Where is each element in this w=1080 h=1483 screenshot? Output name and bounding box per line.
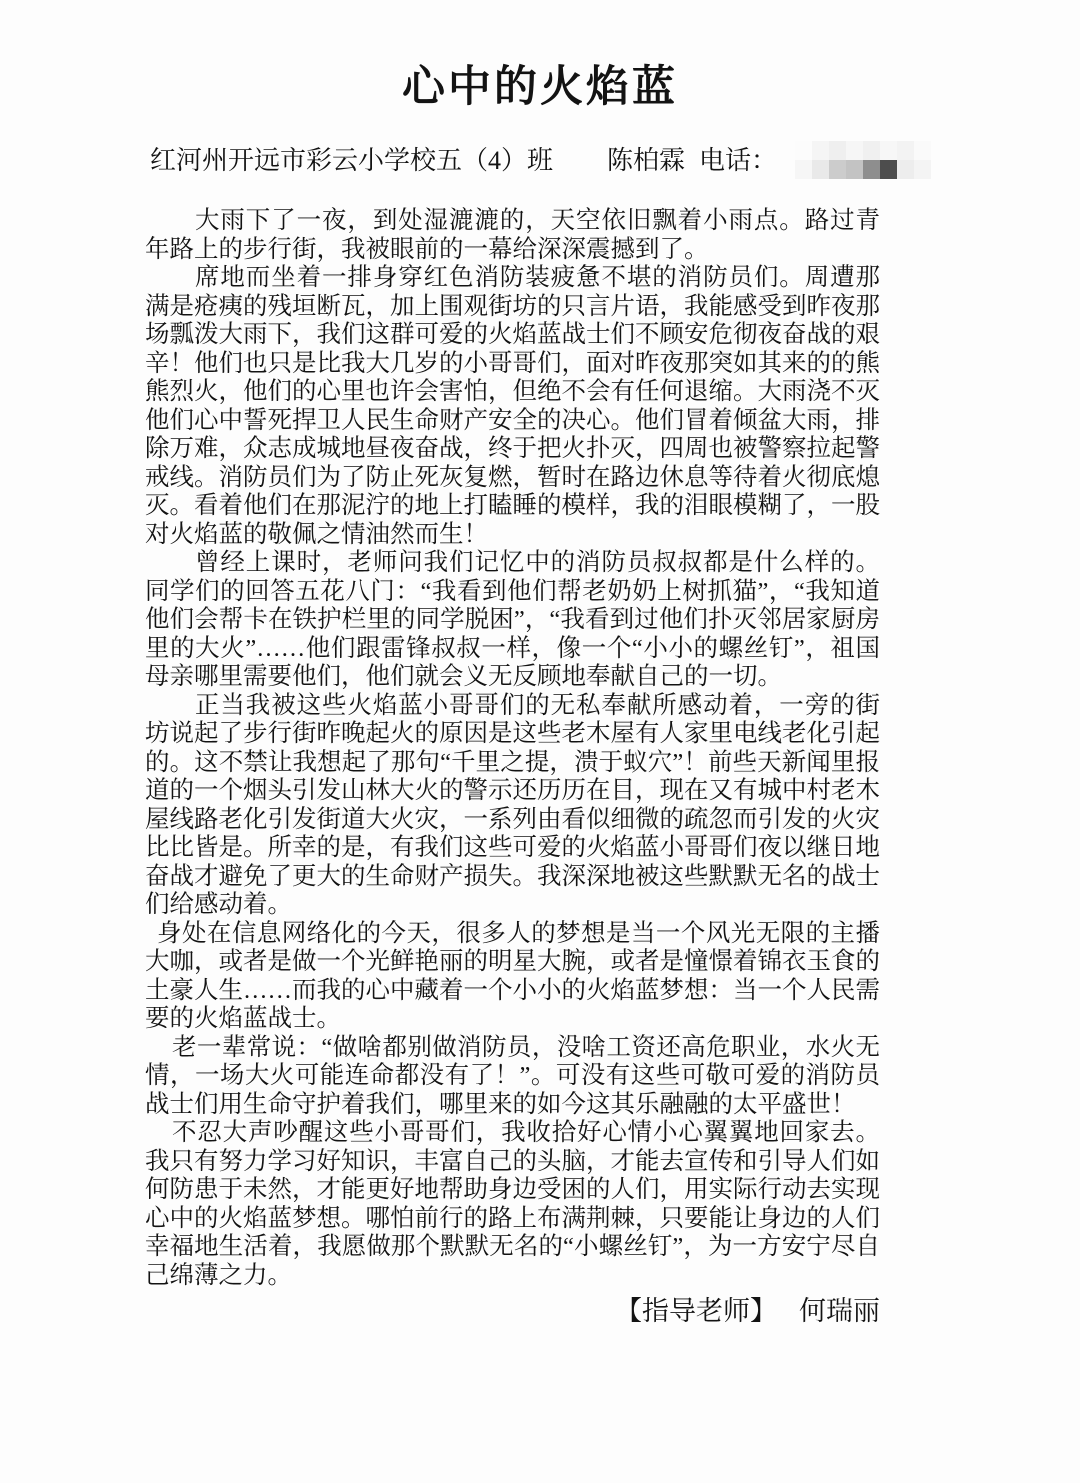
paragraph-7: 不忍大声吵醒这些小哥哥们，我收拾好心情小心翼翼地回家去。我只有努力学习好知识，丰…: [145, 1119, 880, 1290]
paragraph-3: 曾经上课时，老师问我们记忆中的消防员叔叔都是什么样的。同学们的回答五花八门：“我…: [145, 549, 880, 692]
paragraph-5: 身处在信息网络化的今天，很多人的梦想是当一个风光无限的主播大咖，或者是做一个光鲜…: [145, 920, 880, 1034]
paragraph-4: 正当我被这些火焰蓝小哥哥们的无私奉献所感动着，一旁的街坊说起了步行街昨晚起火的原…: [145, 692, 880, 920]
teacher-credit-name: 何瑞丽: [799, 1296, 880, 1326]
essay-body: 大雨下了一夜，到处湿漉漉的，天空依旧飘着小雨点。路过青年路上的步行街，我被眼前的…: [145, 207, 880, 1290]
phone-redaction-mosaic: [795, 141, 931, 179]
paragraph-6: 老一辈常说：“做啥都别做消防员，没啥工资还高危职业，水火无情，一场大火可能连命都…: [145, 1034, 880, 1120]
byline-phone-label: 电话：: [699, 146, 777, 175]
paragraph-1: 大雨下了一夜，到处湿漉漉的，天空依旧飘着小雨点。路过青年路上的步行街，我被眼前的…: [145, 207, 880, 264]
page-title: 心中的火焰蓝: [0, 64, 1080, 111]
teacher-credit-label: 【指导老师】: [615, 1296, 777, 1326]
byline-author: 陈柏霖: [607, 146, 685, 175]
teacher-credit: 【指导老师】何瑞丽: [145, 1294, 880, 1329]
byline-school-class: 红河州开远市彩云小学校五（4）班: [150, 146, 553, 175]
document-page: 心中的火焰蓝 红河州开远市彩云小学校五（4）班陈柏霖电话： 大雨下了一夜，到处湿…: [0, 0, 1080, 1483]
byline: 红河州开远市彩云小学校五（4）班陈柏霖电话：: [150, 141, 1080, 179]
paragraph-2: 席地而坐着一排身穿红色消防装疲惫不堪的消防员们。周遭那满是疮痍的残垣断瓦，加上围…: [145, 264, 880, 549]
